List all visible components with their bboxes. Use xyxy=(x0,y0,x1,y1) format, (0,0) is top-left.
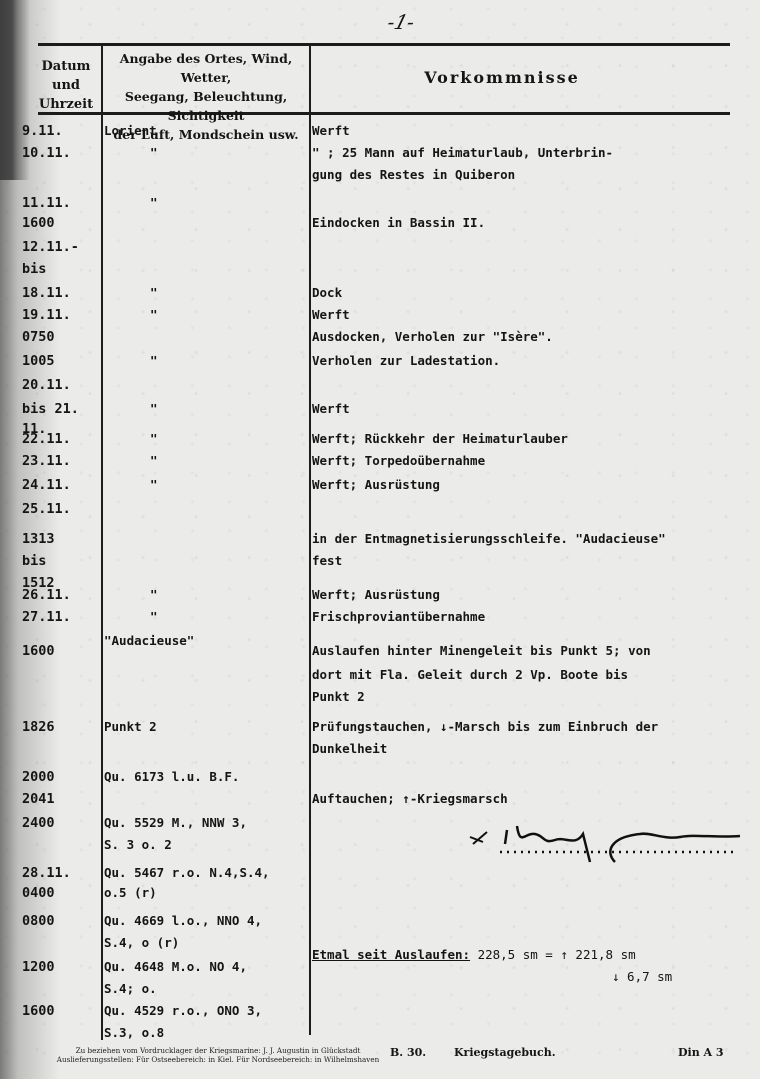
row-place: S.3, o.8 xyxy=(104,1022,309,1044)
row-event: Werft; Torpedoübernahme xyxy=(312,450,752,472)
header-date-time: Datum und Uhrzeit xyxy=(38,57,94,114)
form-id: B. 30. xyxy=(390,1046,426,1059)
row-place: "Audacieuse" xyxy=(104,630,309,652)
signature xyxy=(465,822,745,867)
row-place: Qu. 5467 r.o. N.4,S.4, xyxy=(104,862,309,884)
row-date: 25.11. xyxy=(22,498,94,520)
row-date: 1826 xyxy=(22,716,94,738)
etmal-total: 228,5 sm = xyxy=(478,947,553,962)
header-date-line-2: und xyxy=(38,76,94,95)
row-date: 27.11. xyxy=(22,606,94,628)
etmal-line: Etmal seit Auslaufen: 228,5 sm = ↑ 221,8… xyxy=(312,944,752,966)
row-event: Ausdocken, Verholen zur "Isère". xyxy=(312,326,752,348)
header-date-line-1: Datum xyxy=(38,57,94,76)
row-date: bis xyxy=(22,258,94,280)
row-date: 2000 xyxy=(22,766,94,788)
row-event: Dunkelheit xyxy=(312,738,752,760)
row-date: 20.11. xyxy=(22,374,94,396)
row-event: Auslaufen hinter Minengeleit bis Punkt 5… xyxy=(312,640,752,662)
row-event: Frischproviantübernahme xyxy=(312,606,752,628)
row-place: Qu. 4669 l.o., NNO 4, xyxy=(104,910,309,932)
row-date: 22.11. xyxy=(22,428,94,450)
row-date: 1600 xyxy=(22,640,94,662)
row-event: Eindocken in Bassin II. xyxy=(312,212,752,234)
row-event: Punkt 2 xyxy=(312,686,752,708)
row-place: Qu. 6173 l.u. B.F. xyxy=(104,766,309,788)
row-place: Punkt 2 xyxy=(104,716,309,738)
row-date: 26.11. xyxy=(22,584,94,606)
row-date: 1600 xyxy=(22,212,94,234)
row-date: 28.11. xyxy=(22,862,94,884)
row-event: in der Entmagnetisierungsschleife. "Auda… xyxy=(312,528,752,550)
footer-note-line-2: Auslieferungsstellen: Für Ostseebereich:… xyxy=(38,1055,398,1064)
row-event: dort mit Fla. Geleit durch 2 Vp. Boote b… xyxy=(312,664,752,686)
row-date: 24.11. xyxy=(22,474,94,496)
row-date: 0750 xyxy=(22,326,94,348)
row-date: 1005 xyxy=(22,350,94,372)
header-date-line-3: Uhrzeit xyxy=(38,95,94,114)
row-date: 23.11. xyxy=(22,450,94,472)
row-date: 2400 xyxy=(22,812,94,834)
row-date: 1313 xyxy=(22,528,94,550)
footer-note-line-1: Zu beziehen vom Vordrucklager der Kriegs… xyxy=(38,1046,398,1055)
logbook-page: -1- Datum und Uhrzeit Angabe des Ortes, … xyxy=(0,0,760,1079)
page-number: -1- xyxy=(385,10,418,34)
row-date: 1200 xyxy=(22,956,94,978)
top-rule xyxy=(38,43,730,46)
row-date: 9.11. xyxy=(22,120,94,142)
row-event: Werft xyxy=(312,120,752,142)
row-date: bis xyxy=(22,550,94,572)
form-title: Kriegstagebuch. xyxy=(454,1046,556,1059)
row-date: 19.11. xyxy=(22,304,94,326)
etmal-surface: ↑ 221,8 sm xyxy=(560,947,635,962)
row-place: " xyxy=(150,192,355,214)
row-date: 18.11. xyxy=(22,282,94,304)
row-place: S. 3 o. 2 xyxy=(104,834,309,856)
row-event: Werft; Rückkehr der Heimaturlauber xyxy=(312,428,752,450)
etmal-label: Etmal seit Auslaufen: xyxy=(312,947,470,962)
paper-format: Din A 3 xyxy=(678,1046,724,1059)
row-place: Lorient xyxy=(104,120,309,142)
row-place: S.4; o. xyxy=(104,978,309,1000)
row-event: Dock xyxy=(312,282,752,304)
row-place: Qu. 5529 M., NNW 3, xyxy=(104,812,309,834)
row-date: 12.11.- xyxy=(22,236,94,258)
row-event: gung des Restes in Quiberon xyxy=(312,164,752,186)
row-event: " ; 25 Mann auf Heimaturlaub, Unterbrin- xyxy=(312,142,752,164)
row-event: Werft xyxy=(312,398,752,420)
row-event: Prüfungstauchen, ↓-Marsch bis zum Einbru… xyxy=(312,716,752,738)
row-event: Verholen zur Ladestation. xyxy=(312,350,752,372)
row-event: Werft; Ausrüstung xyxy=(312,474,752,496)
header-place-line-1: Angabe des Ortes, Wind, Wetter, xyxy=(102,49,310,87)
column-divider-date xyxy=(101,45,103,1040)
row-event: fest xyxy=(312,550,752,572)
row-date: 11.11. xyxy=(22,192,94,214)
footer-note: Zu beziehen vom Vordrucklager der Kriegs… xyxy=(38,1046,398,1064)
row-place: o.5 (r) xyxy=(104,882,309,904)
row-place: S.4, o (r) xyxy=(104,932,309,954)
row-date: 10.11. xyxy=(22,142,94,164)
row-place: Qu. 4529 r.o., ONO 3, xyxy=(104,1000,309,1022)
etmal-submerged: ↓ 6,7 sm xyxy=(612,966,672,988)
row-place: Qu. 4648 M.o. NO 4, xyxy=(104,956,309,978)
row-event: Werft xyxy=(312,304,752,326)
row-event: Auftauchen; ↑-Kriegsmarsch xyxy=(312,788,752,810)
row-date: 1600 xyxy=(22,1000,94,1022)
row-event: Werft; Ausrüstung xyxy=(312,584,752,606)
row-date: 2041 xyxy=(22,788,94,810)
header-events: Vorkommnisse xyxy=(312,68,692,87)
row-date: 0800 xyxy=(22,910,94,932)
row-date: 0400 xyxy=(22,882,94,904)
row-date: bis 21. xyxy=(22,398,94,420)
